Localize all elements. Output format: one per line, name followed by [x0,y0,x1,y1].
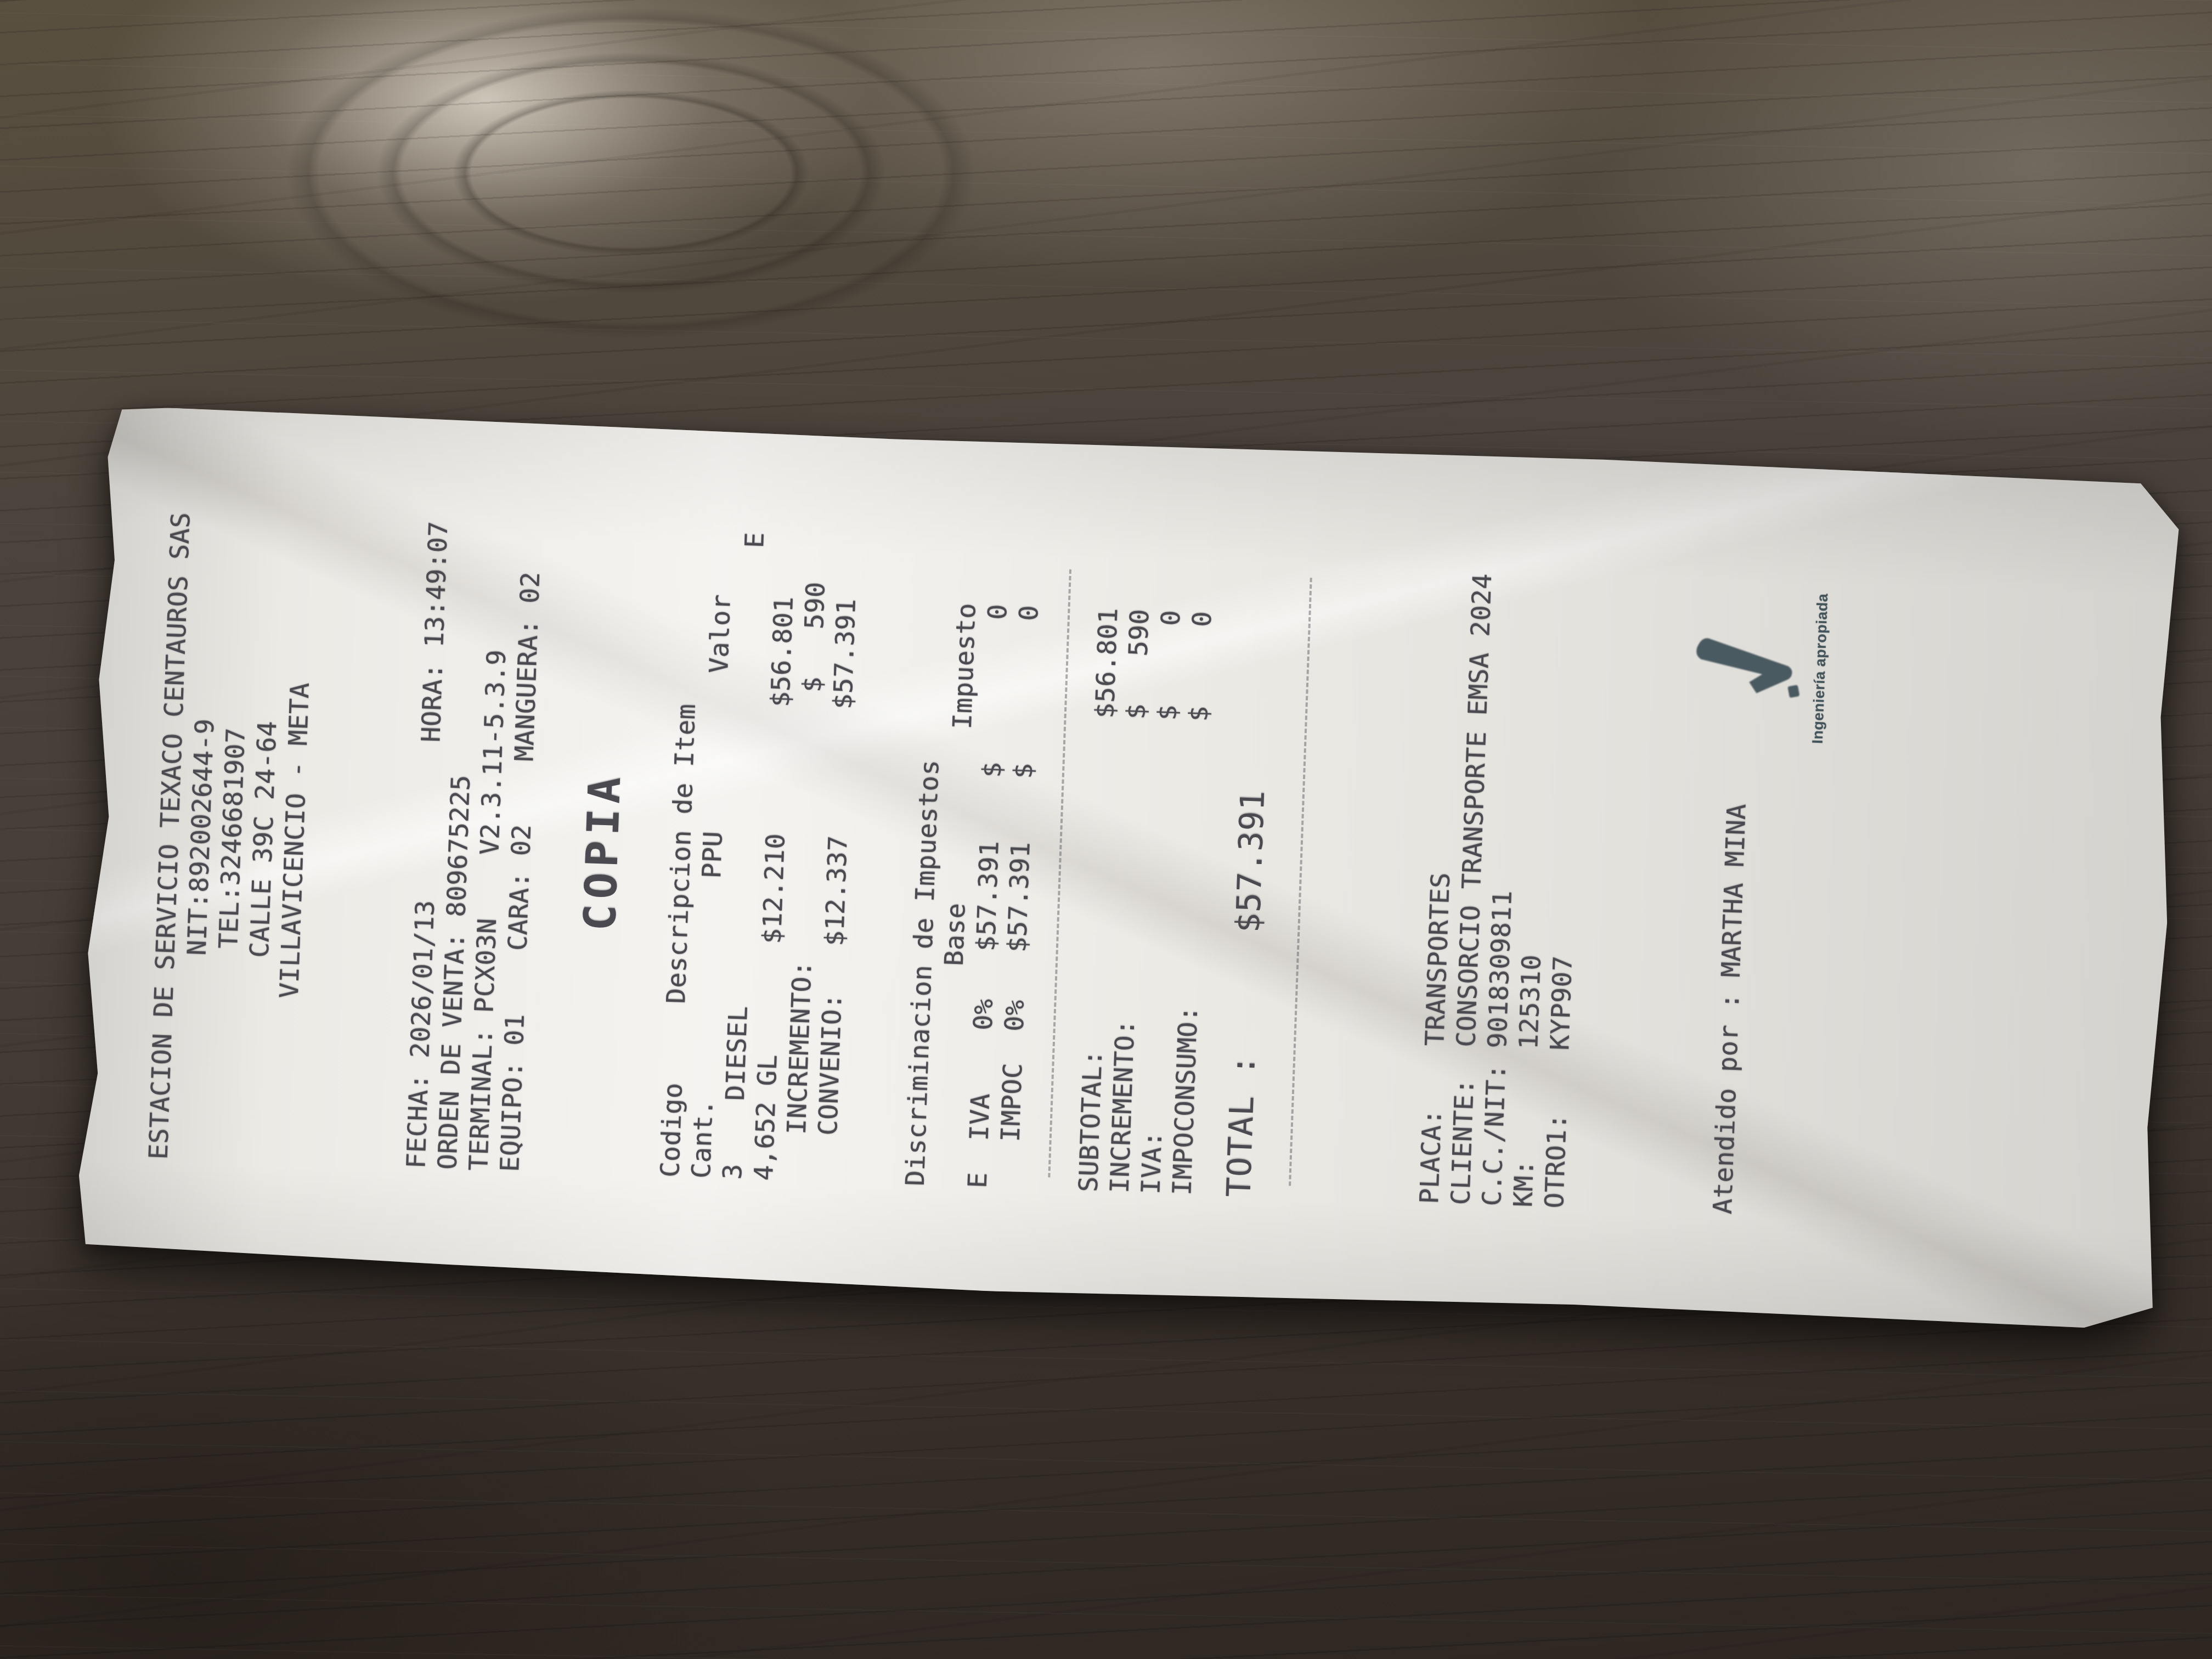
photo-canvas: { "colors": { "paper": "#eceae5", "ink":… [0,0,2212,1659]
receipt-rotated-wrap: ESTACION DE SERVICIO TEXACO CENTAUROS SA… [74,405,2187,1334]
footer-row: Atendido por : MARTHA MINA Ingeniería ap… [1707,567,1832,1217]
logo-check-icon [1692,631,1810,701]
receipt-paper: ESTACION DE SERVICIO TEXACO CENTAUROS SA… [74,405,2187,1334]
receipt-photo: ESTACION DE SERVICIO TEXACO CENTAUROS SA… [0,0,2212,1659]
logo-caption: Ingeniería apropiada [1808,569,1832,768]
vendor-logo: Ingeniería apropiada [1690,566,1832,768]
